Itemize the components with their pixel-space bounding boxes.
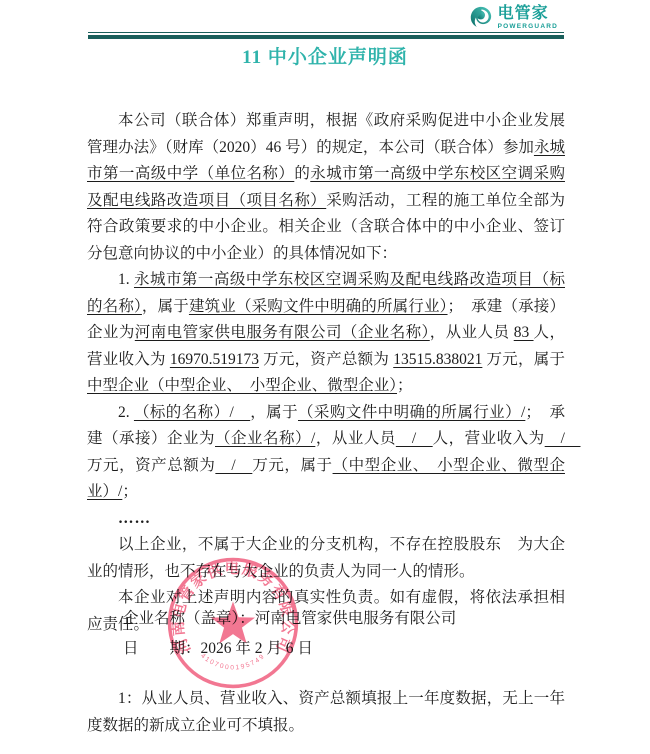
item-1-paragraph: 1. 永城市第一高级中学东校区空调采购及配电线路改造项目（标的名称），属于建筑业… xyxy=(87,267,565,400)
powerguard-swirl-icon xyxy=(468,5,494,31)
logo-subname: POWERGUARD xyxy=(498,24,558,31)
item-2-paragraph: 2. （标的名称）/ ，属于（采购文件中明确的所属行业）/； 承建（承接）企业为… xyxy=(87,400,565,506)
document-page: 电管家 POWERGUARD 11 中小企业声明函 本公司（联合体）郑重声明，根… xyxy=(0,0,650,754)
powerguard-logo: 电管家 POWERGUARD xyxy=(468,5,558,31)
signature-block: 企业名称（盖章）：河南电管家供电服务有限公司 日 期：2026 年 2 月 6 … xyxy=(123,604,456,664)
ellipsis-line: …… xyxy=(87,506,565,533)
logo-name: 电管家 xyxy=(498,6,558,22)
logo-text: 电管家 POWERGUARD xyxy=(498,6,558,31)
no-large-enterprise-paragraph: 以上企业，不属于大企业的分支机构，不存在控股股东 为大企业的情形，也不存在与大企… xyxy=(87,532,565,585)
company-name-line: 企业名称（盖章）：河南电管家供电服务有限公司 xyxy=(123,604,456,634)
header-divider xyxy=(88,32,564,39)
document-body: 本公司（联合体）郑重声明，根据《政府采购促进中小企业发展管理办法》（财库（202… xyxy=(87,108,565,638)
date-line: 日 期：2026 年 2 月 6 日 xyxy=(123,634,456,664)
document-title: 11 中小企业声明函 xyxy=(0,42,650,69)
footnote: 1：从业人员、营业收入、资产总额填报上一年度数据，无上一年度数据的新成立企业可不… xyxy=(87,686,565,739)
declaration-paragraph: 本公司（联合体）郑重声明，根据《政府采购促进中小企业发展管理办法》（财库（202… xyxy=(87,108,565,267)
